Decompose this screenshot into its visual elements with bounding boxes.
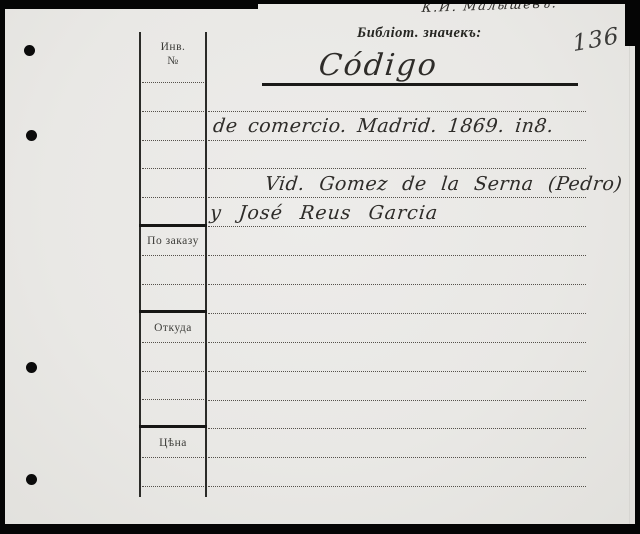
card-number: 136 [571,23,620,57]
ruled-dotted-line [142,457,204,458]
scan-border [0,524,640,534]
scan-border [0,0,5,534]
body-line: de comercio. Madrid. 1869. in8. [212,115,555,137]
hole-punch-dot [26,362,37,373]
hole-punch-dot [26,474,37,485]
sidebar-section-separator [139,224,207,227]
ruled-dotted-line [208,457,586,458]
body-line: Vid. Gomez de la Serna (Pedro) [264,173,623,195]
inventory-label-line2: № [139,54,207,68]
hole-punch-dot [24,45,35,56]
ruled-dotted-line [142,399,204,400]
body-line: y José Reus Garcia [209,202,439,224]
ruled-dotted-line [142,82,204,83]
ruled-dotted-line [208,371,586,372]
ruled-dotted-line [208,111,586,112]
ruled-dotted-line [208,140,586,141]
sidebar-field-inventory-number: Инв. № [139,40,207,68]
ruled-dotted-line [142,284,204,285]
sidebar-section-separator [139,310,207,313]
scan-border [0,0,258,9]
ruled-dotted-line [208,284,586,285]
ruled-dotted-line [142,342,204,343]
hole-punch-dot [26,130,37,141]
ruled-dotted-line [142,140,204,141]
ruled-dotted-line [142,197,204,198]
ruled-dotted-line [208,400,586,401]
paper-crease [629,4,630,524]
ruled-dotted-line [142,111,204,112]
sidebar-field-price: Цѣна [139,436,207,450]
ruled-dotted-line [208,226,586,227]
inventory-label-line1: Инв. [139,40,207,54]
ruled-dotted-line [142,371,204,372]
ruled-dotted-line [208,255,586,256]
sidebar-field-by-order: По заказу [139,234,207,248]
title-underline [262,83,578,86]
sidebar-field-from-where: Откуда [139,321,207,335]
ruled-dotted-line [142,168,204,169]
ruled-dotted-line [208,197,586,198]
scanned-card: Инв. № По заказу Откуда Цѣна К.И. Малыше… [0,0,640,534]
scan-border [635,0,640,534]
ruled-dotted-line [208,342,586,343]
ruled-dotted-line [208,428,586,429]
ruled-dotted-line [208,313,586,314]
ruled-dotted-line [142,255,204,256]
library-mark-label: Библіот. значекъ: [357,25,482,42]
ruled-dotted-line [142,486,204,487]
ruled-dotted-line [208,486,586,487]
title-handwritten: Código [317,48,440,83]
sidebar-section-separator [139,425,207,428]
ruled-dotted-line [208,168,586,169]
scan-border [625,0,640,46]
